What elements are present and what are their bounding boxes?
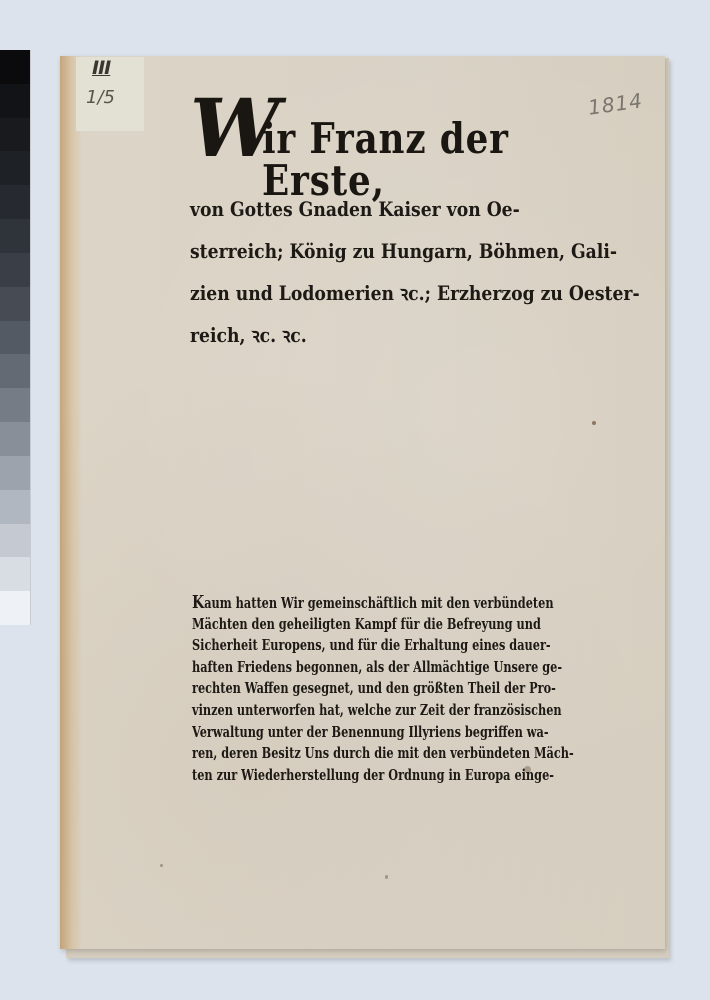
heading-line: zien und Lodomerien ꝛc.; Erzherzog zu Oe… <box>190 272 543 314</box>
body-line: Sicherheit Europens, und für die Erhaltu… <box>192 635 512 657</box>
gray-swatch <box>0 557 30 591</box>
gray-swatch <box>0 490 30 524</box>
paper-stain <box>385 875 388 879</box>
gray-swatch <box>0 321 30 355</box>
gray-swatch <box>0 118 30 152</box>
paper-stain <box>160 864 163 867</box>
body-line: vinzen unterworfen hat, welche zur Zeit … <box>192 700 512 722</box>
body-line-text: aum hatten Wir gemeinschäftlich mit den … <box>204 595 553 612</box>
gray-swatch <box>0 287 30 321</box>
gray-swatch <box>0 84 30 118</box>
title-heading-block: von Gottes Gnaden Kaiser von Oe- sterrei… <box>190 188 600 356</box>
gray-swatch <box>0 185 30 219</box>
body-line: Mächten den geheiligten Kampf für die Be… <box>192 614 512 636</box>
gray-swatch <box>0 456 30 490</box>
body-line: ten zur Wiederherstellung der Ordnung in… <box>192 765 512 787</box>
body-line: Kaum hatten Wir gemeinschäftlich mit den… <box>192 592 512 614</box>
body-text: Kaum hatten Wir gemeinschäftlich mit den… <box>192 592 602 786</box>
gray-swatch <box>0 354 30 388</box>
heading-line: sterreich; König zu Hungarn, Böhmen, Gal… <box>190 230 543 272</box>
gray-swatch <box>0 524 30 558</box>
gray-swatch <box>0 50 30 84</box>
archive-label-number: 1/5 <box>86 87 115 108</box>
gray-swatch <box>0 219 30 253</box>
body-line: Verwaltung unter der Benennung Illyriens… <box>192 722 512 744</box>
gray-swatch <box>0 422 30 456</box>
gray-swatch <box>0 253 30 287</box>
body-line: ren, deren Besitz Uns durch die mit den … <box>192 743 512 765</box>
body-line: haften Friedens begonnen, als der Allmäc… <box>192 657 512 679</box>
body-line: rechten Waffen gesegnet, und den größten… <box>192 678 512 700</box>
gray-swatch <box>0 388 30 422</box>
archive-label: III 1/5 <box>76 57 144 131</box>
heading-line: von Gottes Gnaden Kaiser von Oe- <box>190 188 543 230</box>
heading-line: reich, ꝛc. ꝛc. <box>190 314 543 356</box>
body-dropcap: K <box>192 592 204 613</box>
gray-swatch <box>0 591 30 625</box>
gray-swatch <box>0 151 30 185</box>
grayscale-calibration-strip <box>0 50 31 625</box>
archive-label-roman: III <box>92 57 110 79</box>
paper-stain <box>592 421 596 425</box>
